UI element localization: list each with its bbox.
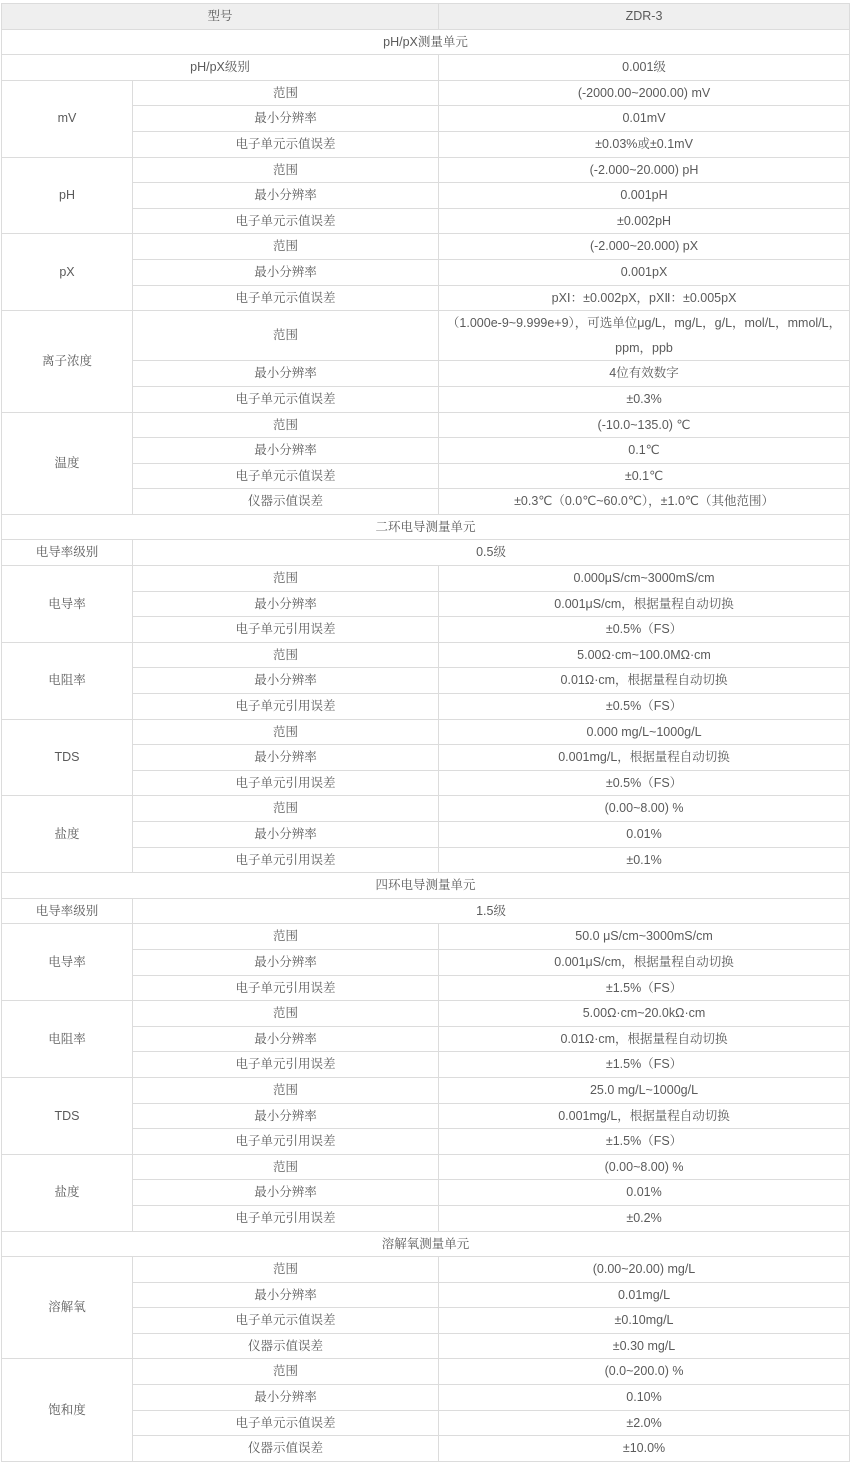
group-label-cell: pX: [2, 234, 133, 311]
group-label-cell: 盐度: [2, 796, 133, 873]
param-label-cell: 最小分辨率: [133, 1026, 439, 1052]
group-label-cell: 温度: [2, 412, 133, 514]
group-label-cell: 饱和度: [2, 1359, 133, 1461]
group-label-cell: 盐度: [2, 1154, 133, 1231]
param-label-cell: 电子单元引用误差: [133, 1129, 439, 1155]
param-label-cell: 电子单元示值误差: [133, 285, 439, 311]
class-row: pH/pX级别0.001级: [2, 55, 850, 81]
param-label-cell: 最小分辨率: [133, 745, 439, 771]
param-value-cell: 25.0 mg/L~1000g/L: [439, 1077, 850, 1103]
param-label-cell: 最小分辨率: [133, 1282, 439, 1308]
class-value-cell: 0.5级: [133, 540, 850, 566]
param-value-cell: 5.00Ω·cm~100.0MΩ·cm: [439, 642, 850, 668]
param-value-cell: ±1.5%（FS）: [439, 1052, 850, 1078]
param-label-cell: 最小分辨率: [133, 949, 439, 975]
param-value-cell: 0.001μS/cm，根据量程自动切换: [439, 949, 850, 975]
param-label-cell: 仪器示值误差: [133, 1436, 439, 1462]
param-label-cell: 电子单元示值误差: [133, 131, 439, 157]
param-label-cell: 范围: [133, 234, 439, 260]
param-label-cell: 最小分辨率: [133, 1385, 439, 1411]
spec-row: 盐度范围(0.00~8.00) %: [2, 1154, 850, 1180]
param-label-cell: 电子单元示值误差: [133, 463, 439, 489]
class-label-cell: 电导率级别: [2, 540, 133, 566]
param-value-cell: 0.001pH: [439, 183, 850, 209]
section-title-cell: pH/pX测量单元: [2, 29, 850, 55]
group-label-cell: TDS: [2, 1077, 133, 1154]
param-value-cell: (0.00~20.00) mg/L: [439, 1257, 850, 1283]
section-header-row: pH/pX测量单元: [2, 29, 850, 55]
class-row: 电导率级别1.5级: [2, 898, 850, 924]
group-label-cell: TDS: [2, 719, 133, 796]
class-label-cell: 电导率级别: [2, 898, 133, 924]
group-label-cell: 电阻率: [2, 1001, 133, 1078]
section-header-row: 溶解氧测量单元: [2, 1231, 850, 1257]
spec-row: mV范围(-2000.00~2000.00) mV: [2, 80, 850, 106]
param-label-cell: 最小分辨率: [133, 361, 439, 387]
param-value-cell: (-10.0~135.0) ℃: [439, 412, 850, 438]
param-label-cell: 范围: [133, 1154, 439, 1180]
param-value-cell: ±0.5%（FS）: [439, 617, 850, 643]
param-label-cell: 最小分辨率: [133, 106, 439, 132]
param-value-cell: (0.0~200.0) %: [439, 1359, 850, 1385]
param-value-cell: (0.00~8.00) %: [439, 796, 850, 822]
model-header-row: 型号 ZDR-3: [2, 4, 850, 30]
group-label-cell: 溶解氧: [2, 1257, 133, 1359]
param-value-cell: 0.01Ω·cm，根据量程自动切换: [439, 668, 850, 694]
param-label-cell: 范围: [133, 80, 439, 106]
param-label-cell: 电子单元引用误差: [133, 847, 439, 873]
param-value-cell: ±0.30 mg/L: [439, 1333, 850, 1359]
param-label-cell: 范围: [133, 642, 439, 668]
param-label-cell: 范围: [133, 1077, 439, 1103]
param-value-cell: ±2.0%: [439, 1410, 850, 1436]
spec-row: TDS范围25.0 mg/L~1000g/L: [2, 1077, 850, 1103]
param-label-cell: 范围: [133, 719, 439, 745]
param-label-cell: 电子单元示值误差: [133, 208, 439, 234]
param-label-cell: 最小分辨率: [133, 822, 439, 848]
param-label-cell: 电子单元示值误差: [133, 386, 439, 412]
param-label-cell: 范围: [133, 311, 439, 361]
spec-row: pH范围(-2.000~20.000) pH: [2, 157, 850, 183]
param-value-cell: ±0.10mg/L: [439, 1308, 850, 1334]
model-value-cell: ZDR-3: [439, 4, 850, 30]
section-header-row: 四环电导测量单元: [2, 873, 850, 899]
spec-row: 电导率范围0.000μS/cm~3000mS/cm: [2, 566, 850, 592]
param-value-cell: 0.001pX: [439, 259, 850, 285]
param-label-cell: 最小分辨率: [133, 183, 439, 209]
param-value-cell: 0.1℃: [439, 438, 850, 464]
spec-row: 饱和度范围(0.0~200.0) %: [2, 1359, 850, 1385]
param-value-cell: ±0.1℃: [439, 463, 850, 489]
param-label-cell: 电子单元引用误差: [133, 770, 439, 796]
param-value-cell: ±0.03%或±0.1mV: [439, 131, 850, 157]
group-label-cell: 电阻率: [2, 642, 133, 719]
param-value-cell: ±0.2%: [439, 1205, 850, 1231]
param-value-cell: （1.000e-9~9.999e+9），可选单位μg/L，mg/L，g/L，mo…: [439, 311, 850, 361]
param-value-cell: (-2.000~20.000) pH: [439, 157, 850, 183]
param-value-cell: (-2.000~20.000) pX: [439, 234, 850, 260]
param-value-cell: 0.01Ω·cm，根据量程自动切换: [439, 1026, 850, 1052]
param-value-cell: ±0.5%（FS）: [439, 694, 850, 720]
param-value-cell: ±0.3%: [439, 386, 850, 412]
group-label-cell: mV: [2, 80, 133, 157]
param-value-cell: ±0.1%: [439, 847, 850, 873]
param-label-cell: 范围: [133, 1359, 439, 1385]
spec-row: 盐度范围(0.00~8.00) %: [2, 796, 850, 822]
model-label-cell: 型号: [2, 4, 439, 30]
param-label-cell: 最小分辨率: [133, 1180, 439, 1206]
spec-table-body: 型号 ZDR-3 pH/pX测量单元pH/pX级别0.001级mV范围(-200…: [2, 4, 850, 1462]
param-value-cell: (0.00~8.00) %: [439, 1154, 850, 1180]
param-label-cell: 电子单元引用误差: [133, 694, 439, 720]
param-label-cell: 范围: [133, 1257, 439, 1283]
param-label-cell: 电子单元引用误差: [133, 617, 439, 643]
spec-row: 温度范围(-10.0~135.0) ℃: [2, 412, 850, 438]
spec-row: 电阻率范围5.00Ω·cm~100.0MΩ·cm: [2, 642, 850, 668]
section-title-cell: 四环电导测量单元: [2, 873, 850, 899]
param-label-cell: 范围: [133, 924, 439, 950]
param-value-cell: pXⅠ：±0.002pX，pXⅡ：±0.005pX: [439, 285, 850, 311]
param-label-cell: 最小分辨率: [133, 438, 439, 464]
param-value-cell: ±0.002pH: [439, 208, 850, 234]
spec-row: 电导率范围50.0 μS/cm~3000mS/cm: [2, 924, 850, 950]
section-title-cell: 溶解氧测量单元: [2, 1231, 850, 1257]
spec-row: 电阻率范围5.00Ω·cm~20.0kΩ·cm: [2, 1001, 850, 1027]
spec-row: 溶解氧范围(0.00~20.00) mg/L: [2, 1257, 850, 1283]
param-value-cell: 0.10%: [439, 1385, 850, 1411]
param-value-cell: 0.01mg/L: [439, 1282, 850, 1308]
param-label-cell: 最小分辨率: [133, 259, 439, 285]
param-value-cell: ±1.5%（FS）: [439, 1129, 850, 1155]
param-label-cell: 电子单元引用误差: [133, 1205, 439, 1231]
class-value-cell: 0.001级: [439, 55, 850, 81]
param-label-cell: 最小分辨率: [133, 591, 439, 617]
spec-row: 离子浓度范围（1.000e-9~9.999e+9），可选单位μg/L，mg/L，…: [2, 311, 850, 361]
param-label-cell: 范围: [133, 796, 439, 822]
param-value-cell: 50.0 μS/cm~3000mS/cm: [439, 924, 850, 950]
group-label-cell: 电导率: [2, 924, 133, 1001]
spec-row: pX范围(-2.000~20.000) pX: [2, 234, 850, 260]
param-value-cell: 0.01%: [439, 1180, 850, 1206]
param-value-cell: 0.001mg/L，根据量程自动切换: [439, 1103, 850, 1129]
class-value-cell: 1.5级: [133, 898, 850, 924]
param-label-cell: 范围: [133, 566, 439, 592]
param-value-cell: 0.01%: [439, 822, 850, 848]
param-value-cell: 0.000 mg/L~1000g/L: [439, 719, 850, 745]
spec-row: TDS范围0.000 mg/L~1000g/L: [2, 719, 850, 745]
param-label-cell: 电子单元引用误差: [133, 975, 439, 1001]
param-value-cell: ±1.5%（FS）: [439, 975, 850, 1001]
param-label-cell: 电子单元示值误差: [133, 1410, 439, 1436]
param-value-cell: 0.01mV: [439, 106, 850, 132]
param-label-cell: 电子单元引用误差: [133, 1052, 439, 1078]
param-label-cell: 范围: [133, 157, 439, 183]
section-header-row: 二环电导测量单元: [2, 514, 850, 540]
param-label-cell: 最小分辨率: [133, 1103, 439, 1129]
param-label-cell: 范围: [133, 1001, 439, 1027]
param-label-cell: 范围: [133, 412, 439, 438]
param-value-cell: 5.00Ω·cm~20.0kΩ·cm: [439, 1001, 850, 1027]
param-value-cell: ±0.5%（FS）: [439, 770, 850, 796]
param-value-cell: ±10.0%: [439, 1436, 850, 1462]
group-label-cell: 离子浓度: [2, 311, 133, 412]
group-label-cell: pH: [2, 157, 133, 234]
param-value-cell: ±0.3℃（0.0℃~60.0℃），±1.0℃（其他范围）: [439, 489, 850, 515]
param-label-cell: 电子单元示值误差: [133, 1308, 439, 1334]
param-label-cell: 最小分辨率: [133, 668, 439, 694]
section-title-cell: 二环电导测量单元: [2, 514, 850, 540]
param-value-cell: 0.000μS/cm~3000mS/cm: [439, 566, 850, 592]
class-label-cell: pH/pX级别: [2, 55, 439, 81]
class-row: 电导率级别0.5级: [2, 540, 850, 566]
param-label-cell: 仪器示值误差: [133, 489, 439, 515]
param-value-cell: 4位有效数字: [439, 361, 850, 387]
group-label-cell: 电导率: [2, 566, 133, 643]
spec-table: 型号 ZDR-3 pH/pX测量单元pH/pX级别0.001级mV范围(-200…: [1, 3, 850, 1462]
param-label-cell: 仪器示值误差: [133, 1333, 439, 1359]
param-value-cell: 0.001mg/L，根据量程自动切换: [439, 745, 850, 771]
param-value-cell: (-2000.00~2000.00) mV: [439, 80, 850, 106]
param-value-cell: 0.001μS/cm，根据量程自动切换: [439, 591, 850, 617]
